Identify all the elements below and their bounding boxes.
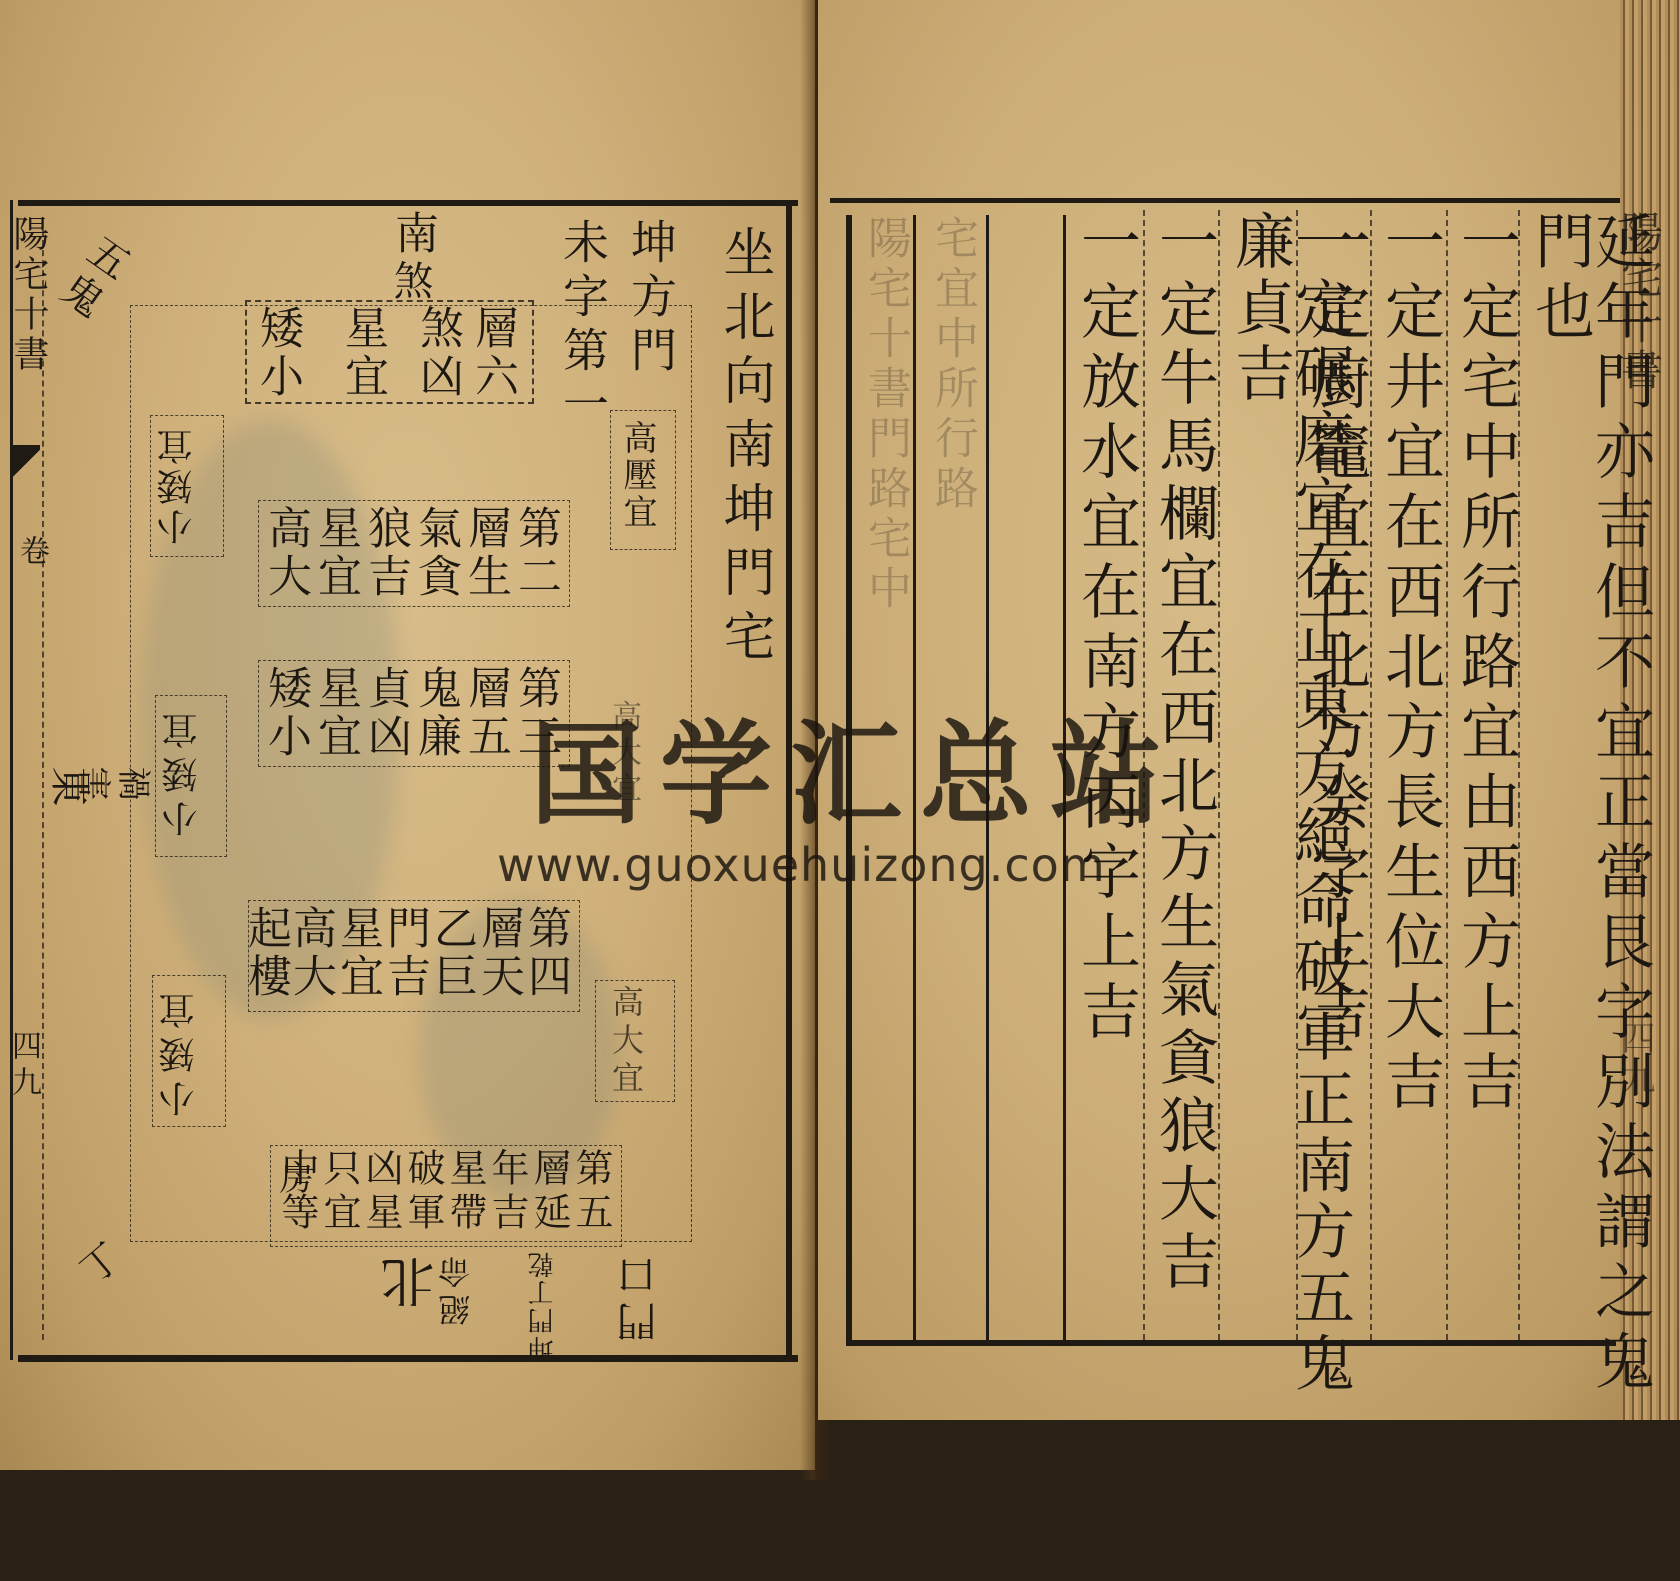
margin-folio: 四九 bbox=[1618, 1020, 1652, 1100]
layer-5-text: 層延 bbox=[530, 1148, 568, 1236]
kun-door-label: 坤門丁乾 bbox=[530, 1250, 556, 1362]
book-spread: 陽宅十書 卷 四九 五鬼 坐北向南坤門宅 坤方門 未字第一 高壓宜 南 煞 層六… bbox=[0, 0, 1680, 1581]
layer-1-text-4: 矮小 bbox=[255, 305, 299, 401]
north-label: 北 bbox=[385, 1250, 439, 1310]
margin-title: 陽宅十書 bbox=[10, 215, 46, 375]
layer-4-text: 起樓 bbox=[243, 905, 287, 1001]
layer-3-text: 星宜 bbox=[313, 665, 357, 761]
layer-4-text: 第四 bbox=[523, 905, 567, 1001]
layer-2-text: 層生 bbox=[463, 505, 507, 601]
layer-1-text-2: 煞凶 bbox=[415, 305, 459, 401]
side-tag-left-3: 小矮宜 bbox=[162, 985, 198, 1117]
margin-volume: 卷 bbox=[16, 535, 46, 571]
text-column-7: 一定放水宜在南方丙字上吉 bbox=[1076, 210, 1136, 1050]
doorway-label: 門口 bbox=[620, 1250, 660, 1342]
diagram-title: 坐北向南坤門宅 bbox=[718, 225, 770, 673]
layer-4-text: 門吉 bbox=[382, 905, 426, 1001]
top-border bbox=[830, 198, 1620, 203]
layer-2-text: 氣貪 bbox=[413, 505, 457, 601]
text-column-3: 一定井宜在西北方長生位大吉 bbox=[1380, 210, 1440, 1120]
side-tag-left-2: 小矮宜 bbox=[165, 705, 201, 837]
margin-folio: 四九 bbox=[8, 1030, 38, 1102]
watermark-url: www.guoxuehuizong.com bbox=[497, 838, 1106, 892]
show-through-text: 陽宅十書門路宅中 bbox=[863, 215, 907, 615]
layer-4-text: 層天 bbox=[476, 905, 520, 1001]
layer-5-text: 凶星 bbox=[362, 1148, 400, 1236]
layer-5-text: 星帶 bbox=[446, 1148, 484, 1236]
side-tag-right-2: 高大宜 bbox=[610, 985, 642, 1099]
top-border bbox=[18, 200, 798, 206]
layer-1-text-1: 層六 bbox=[470, 305, 514, 401]
layer-3-text: 層五 bbox=[463, 665, 507, 761]
side-tag-left-1: 小矮宜 bbox=[160, 425, 196, 545]
column-rule bbox=[1446, 210, 1448, 1340]
fish-tail-icon bbox=[10, 445, 40, 485]
bottom-border bbox=[18, 1355, 798, 1362]
layer-2-text: 狼吉 bbox=[363, 505, 407, 601]
layer-3-text: 貞凶 bbox=[363, 665, 407, 761]
layer-4-text: 高大 bbox=[288, 905, 332, 1001]
jueming-label: 絕命 bbox=[440, 1250, 472, 1326]
margin-title: 陽宅十書 bbox=[1618, 210, 1660, 394]
layer-5-text: 第五 bbox=[572, 1148, 610, 1236]
layer-4-text: 星宜 bbox=[335, 905, 379, 1001]
layer-5-text: 年吉 bbox=[488, 1148, 526, 1236]
layer-5-text: 只宜 bbox=[320, 1148, 358, 1236]
corner-note: 五鬼 bbox=[49, 227, 135, 325]
layer-4-text: 乙巨 bbox=[429, 905, 473, 1001]
margin-rule bbox=[42, 230, 44, 1340]
corner-mark: 丁 bbox=[70, 1238, 127, 1296]
calamity-label: 禍害 bbox=[72, 763, 152, 797]
text-column-2: 一定宅中所行路宜由西方上吉 bbox=[1456, 210, 1516, 1120]
show-through-text: 宅宜中所行路 bbox=[930, 215, 974, 515]
layer-5-text: 破軍 bbox=[404, 1148, 442, 1236]
layer-2-text: 星宜 bbox=[313, 505, 357, 601]
layer-2-text: 高大 bbox=[263, 505, 307, 601]
layer-3-text: 矮小 bbox=[263, 665, 307, 761]
south-label: 南 bbox=[390, 210, 434, 258]
layer-1-text-3: 星宜 bbox=[340, 305, 384, 401]
layer-5-text: 房 bbox=[276, 1160, 310, 1200]
watermark-logo: 国学汇总站 bbox=[530, 685, 1180, 846]
text-column-5: 一定碾磨宜在正東方絕命破軍正南方五鬼廉貞吉 bbox=[1230, 210, 1350, 1420]
layer-3-text: 鬼廉 bbox=[413, 665, 457, 761]
layer-2-text: 第二 bbox=[513, 505, 557, 601]
